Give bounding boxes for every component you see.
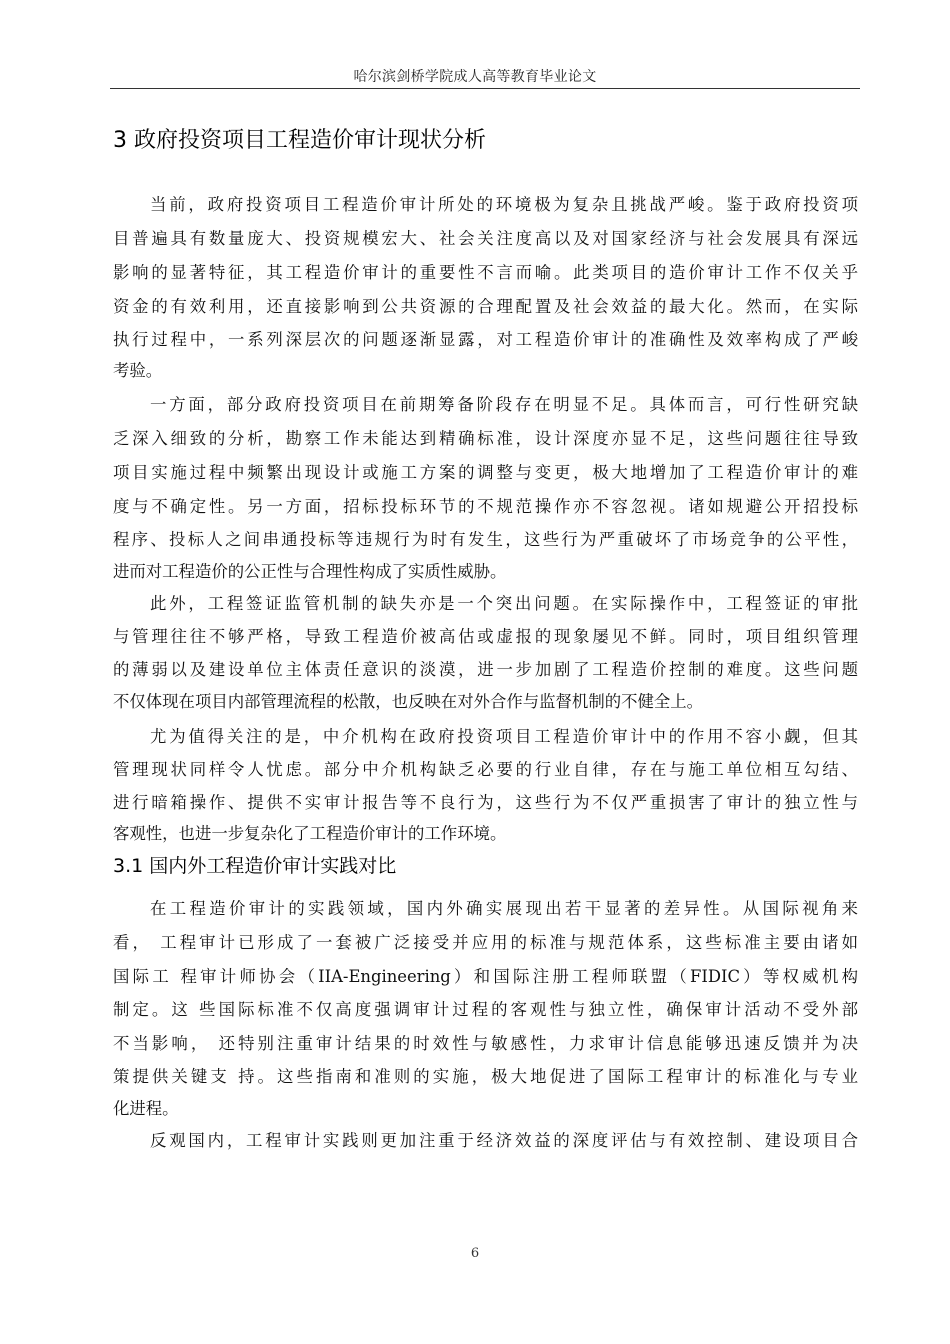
text-line: 与管理往往不够严格，导致工程造价被高估或虚报的现象屡见不鲜。同时，项目组织管理: [113, 627, 858, 647]
text-line: 看， 工程审计已形成了一套被广泛接受并应用的标准与规范体系，这些标准主要由诸如: [113, 933, 858, 953]
text-line: 在工程造价审计的实践领域，国内外确实展现出若干显著的差异性。从国际视角来: [150, 899, 858, 919]
text-line: 资金的有效利用，还直接影响到公共资源的合理配置及社会效益的最大化。然而，在实际: [113, 297, 858, 317]
text-line: 执行过程中，一系列深层次的问题逐渐显露，对工程造价审计的准确性及效率构成了严峻: [113, 330, 858, 350]
text-line: 化进程。: [113, 1099, 858, 1119]
text-line: 尤为值得关注的是，中介机构在政府投资项目工程造价审计中的作用不容小觑，但其: [150, 727, 858, 747]
text-line: 不仅体现在项目内部管理流程的松散，也反映在对外合作与监督机制的不健全上。: [113, 692, 858, 712]
text-line: 不当影响， 还特别注重审计结果的时效性与敏感性，力求审计信息能够迅速反馈并为决: [113, 1034, 858, 1054]
text-line: 此外，工程签证监管机制的缺失亦是一个突出问题。在实际操作中，工程签证的审批: [150, 594, 858, 614]
text-line: 一方面，部分政府投资项目在前期筹备阶段存在明显不足。具体而言，可行性研究缺: [150, 395, 858, 415]
text-line: 目普遍具有数量庞大、投资规模宏大、社会关注度高以及对国家经济与社会发展具有深远: [113, 229, 858, 249]
section-heading: 3.1 国内外工程造价审计实践对比: [113, 851, 396, 878]
text-line: 度与不确定性。另一方面，招标投标环节的不规范操作亦不容忽视。诸如规避公开招投标: [113, 497, 858, 517]
text-line: 项目实施过程中频繁出现设计或施工方案的调整与变更，极大地增加了工程造价审计的难: [113, 463, 858, 483]
text-line: 国际工 程审计师协会（IIA-Engineering）和国际注册工程师联盟（FI…: [113, 967, 858, 987]
text-line: 策提供关键支 持。这些指南和准则的实施，极大地促进了国际工程审计的标准化与专业: [113, 1067, 858, 1087]
text-line: 制定。这 些国际标准不仅高度强调审计过程的客观性与独立性，确保审计活动不受外部: [113, 1000, 858, 1020]
text-line: 当前，政府投资项目工程造价审计所处的环境极为复杂且挑战严峻。鉴于政府投资项: [150, 195, 858, 215]
text-line: 客观性，也进一步复杂化了工程造价审计的工作环境。: [113, 824, 858, 844]
text-line: 影响的显著特征，其工程造价审计的重要性不言而喻。此类项目的造价审计工作不仅关乎: [113, 263, 858, 283]
page-number: 6: [0, 1246, 950, 1261]
text-line: 程序、投标人之间串通投标等违规行为时有发生，这些行为严重破坏了市场竞争的公平性，: [113, 530, 858, 550]
chapter-heading: 3 政府投资项目工程造价审计现状分析: [113, 123, 486, 154]
text-line: 管理现状同样令人忧虑。部分中介机构缺乏必要的行业自律，存在与施工单位相互勾结、: [113, 760, 858, 780]
running-header: 哈尔滨剑桥学院成人高等教育毕业论文: [0, 66, 950, 86]
header-divider: [110, 88, 860, 89]
text-line: 进行暗箱操作、提供不实审计报告等不良行为，这些行为不仅严重损害了审计的独立性与: [113, 793, 858, 813]
text-line: 考验。: [113, 361, 858, 381]
text-line: 反观国内，工程审计实践则更加注重于经济效益的深度评估与有效控制、建设项目合: [150, 1131, 858, 1151]
text-line: 的薄弱以及建设单位主体责任意识的淡漠，进一步加剧了工程造价控制的难度。这些问题: [113, 660, 858, 680]
text-line: 进而对工程造价的公正性与合理性构成了实质性威胁。: [113, 562, 858, 582]
text-line: 乏深入细致的分析，勘察工作未能达到精确标准，设计深度亦显不足，这些问题往往导致: [113, 429, 858, 449]
